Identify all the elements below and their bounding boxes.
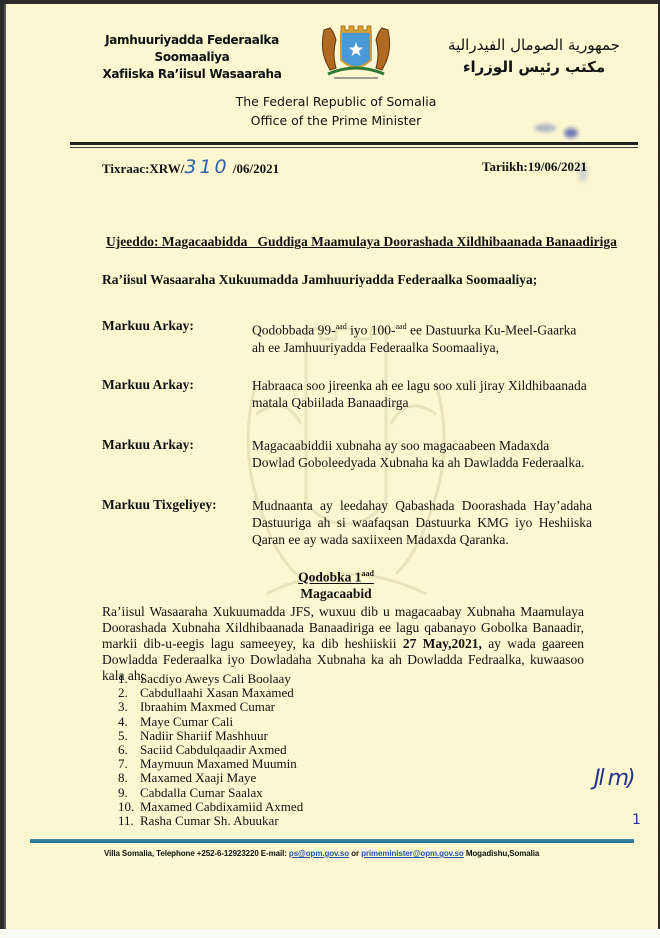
letterhead-somali: Jamhuuriyadda Federaalka Soomaaliya Xafi… — [72, 32, 312, 83]
document-date: Tariikh:19/06/2021 — [482, 159, 587, 175]
member-name: Cabdalla Cumar Saalax — [140, 785, 263, 800]
list-item: 3.Ibraahim Maxmed Cumar — [118, 700, 303, 714]
list-number: 3. — [118, 700, 140, 714]
letterhead-english: The Federal Republic of Somalia Office o… — [206, 92, 466, 130]
article-heading: Qodobka 1aad Magacaabid — [236, 566, 436, 602]
list-number: 10. — [118, 800, 140, 814]
article-subtitle: Magacaabid — [236, 586, 436, 602]
clause-text: Mudnaanta ay leedahay Qabashada Doorasha… — [252, 497, 592, 548]
member-name: Maymuun Maxamed Muumin — [140, 756, 297, 771]
list-number: 7. — [118, 757, 140, 771]
article-title: Qodobka 1aad — [236, 566, 436, 586]
email-link-ps[interactable]: ps@opm.gov.so — [289, 849, 349, 858]
member-name: Maye Cumar Cali — [140, 714, 233, 729]
list-number: 6. — [118, 743, 140, 757]
list-number: 1. — [118, 672, 140, 686]
header-divider — [70, 142, 638, 148]
scan-margin — [0, 929, 660, 938]
letterhead-arabic: جمهورية الصومال الفيدرالية مكتب رئيس الو… — [414, 34, 654, 78]
clause-text: Habraaca soo jireenka ah ee lagu soo xul… — [252, 377, 592, 411]
clause-text: Magacaabiddii xubnaha ay soo magacaabeen… — [252, 437, 592, 471]
member-name: Sacdiyo Aweys Cali Boolaay — [140, 671, 291, 686]
list-item: 11.Rasha Cumar Sh. Abuukar — [118, 814, 303, 828]
footer-contact: Villa Somalia, Telephone +252-6-12923220… — [104, 849, 539, 858]
clause-label: Markuu Arkay: — [102, 318, 194, 334]
ink-stain — [564, 128, 578, 138]
ink-stain — [534, 124, 556, 132]
clause-label: Markuu Tixgeliyey: — [102, 497, 217, 513]
reference-number: Tixraac:XRW/310 /06/2021 — [102, 156, 279, 178]
clause-label: Markuu Arkay: — [102, 377, 194, 393]
list-item: 8.Maxamed Xaaji Maye — [118, 771, 303, 785]
letterhead-arabic-line1: جمهورية الصومال الفيدرالية — [414, 34, 654, 56]
issuer-line: Ra’iisul Wasaaraha Xukuumadda Jamhuuriya… — [102, 272, 537, 288]
handwritten-initials: Jl m) — [594, 766, 634, 791]
member-name: Ibraahim Maxmed Cumar — [140, 699, 275, 714]
letterhead-english-line2: Office of the Prime Minister — [206, 111, 466, 130]
handwritten-page-number: 1 — [632, 812, 641, 828]
list-item: 9.Cabdalla Cumar Saalax — [118, 786, 303, 800]
member-name: Nadiir Shariif Mashhuur — [140, 728, 268, 743]
list-number: 4. — [118, 715, 140, 729]
list-number: 5. — [118, 729, 140, 743]
letterhead-somali-line2: Xafiiska Ra’iisul Wasaaraha — [72, 66, 312, 83]
subject-line: Ujeeddo: Magacaabidda Guddiga Maamulaya … — [106, 234, 617, 250]
member-name: Saciid Cabdulqaadir Axmed — [140, 742, 287, 757]
document-page: Jamhuuriyadda Federaalka Soomaaliya Xafi… — [4, 4, 658, 929]
letterhead-somali-line1: Jamhuuriyadda Federaalka Soomaaliya — [72, 32, 312, 66]
list-number: 11. — [118, 814, 140, 828]
list-item: 6.Saciid Cabdulqaadir Axmed — [118, 743, 303, 757]
member-name: Cabdullaahi Xasan Maxamed — [140, 685, 294, 700]
list-number: 2. — [118, 686, 140, 700]
members-list: 1.Sacdiyo Aweys Cali Boolaay2.Cabdullaah… — [118, 672, 303, 828]
list-item: 1.Sacdiyo Aweys Cali Boolaay — [118, 672, 303, 686]
list-item: 2.Cabdullaahi Xasan Maxamed — [118, 686, 303, 700]
email-link-primeminister[interactable]: primeminister@opm.gov.so — [361, 849, 464, 858]
list-item: 7.Maymuun Maxamed Muumin — [118, 757, 303, 771]
letterhead-english-line1: The Federal Republic of Somalia — [206, 92, 466, 111]
member-name: Maxamed Cabdixamiid Axmed — [140, 799, 303, 814]
list-item: 5.Nadiir Shariif Mashhuur — [118, 729, 303, 743]
list-number: 8. — [118, 771, 140, 785]
member-name: Rasha Cumar Sh. Abuukar — [140, 813, 279, 828]
footer-divider — [30, 839, 634, 843]
list-number: 9. — [118, 786, 140, 800]
list-item: 4.Maye Cumar Cali — [118, 715, 303, 729]
somalia-coat-of-arms-icon — [314, 18, 398, 86]
member-name: Maxamed Xaaji Maye — [140, 770, 256, 785]
clause-label: Markuu Arkay: — [102, 437, 194, 453]
letterhead-arabic-line2: مكتب رئيس الوزراء — [414, 56, 654, 78]
list-item: 10.Maxamed Cabdixamiid Axmed — [118, 800, 303, 814]
handwritten-reference: 310 — [184, 156, 229, 178]
clause-text: Qodobbada 99-aad iyo 100-aad ee Dastuurk… — [252, 318, 592, 356]
